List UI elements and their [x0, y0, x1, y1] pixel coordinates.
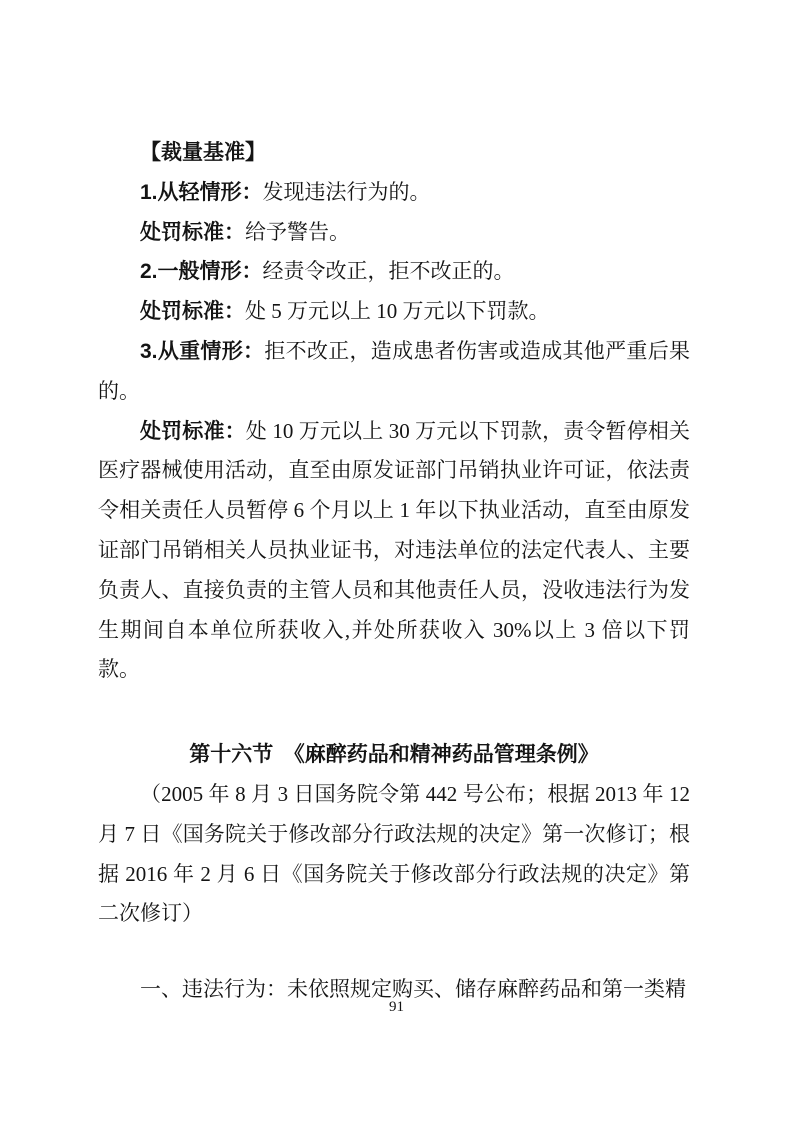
page-number: 91: [0, 997, 793, 1017]
clause-general: 2.一般情形：经责令改正，拒不改正的。: [98, 252, 690, 292]
discretion-basis-heading: 【裁量基准】: [98, 133, 690, 173]
penalty-standard-2-label: 处罚标准：: [140, 300, 245, 323]
clause-severe: 3.从重情形：拒不改正，造成患者伤害或造成其他严重后果的。: [98, 332, 690, 412]
penalty-standard-1-text: 给予警告。: [245, 220, 350, 244]
penalty-standard-1-label: 处罚标准：: [140, 221, 245, 244]
penalty-standard-3-text: 处 10 万元以上 30 万元以下罚款，责令暂停相关医疗器械使用活动，直至由原发…: [98, 419, 690, 682]
discretion-basis-heading-text: 【裁量基准】: [140, 141, 266, 164]
clause-general-label: 2.一般情形：: [140, 260, 263, 283]
clause-lenient-label: 1.从轻情形：: [140, 181, 263, 204]
clause-severe-label: 3.从重情形：: [140, 340, 264, 363]
document-page: 【裁量基准】 1.从轻情形：发现违法行为的。 处罚标准：给予警告。 2.一般情形…: [0, 0, 793, 1122]
page-content: 【裁量基准】 1.从轻情形：发现违法行为的。 处罚标准：给予警告。 2.一般情形…: [98, 133, 690, 1010]
penalty-standard-2-text: 处 5 万元以上 10 万元以下罚款。: [245, 299, 550, 323]
clause-general-text: 经责令改正，拒不改正的。: [263, 259, 515, 283]
penalty-standard-1: 处罚标准：给予警告。: [98, 213, 690, 253]
clause-lenient: 1.从轻情形：发现违法行为的。: [98, 173, 690, 213]
penalty-standard-2: 处罚标准：处 5 万元以上 10 万元以下罚款。: [98, 292, 690, 332]
penalty-standard-3: 处罚标准：处 10 万元以上 30 万元以下罚款，责令暂停相关医疗器械使用活动，…: [98, 412, 690, 691]
clause-lenient-text: 发现违法行为的。: [263, 180, 431, 204]
penalty-standard-3-label: 处罚标准：: [140, 420, 246, 443]
section-16-heading: 第十六节 《麻醉药品和精神药品管理条例》: [98, 735, 690, 775]
promulgation-note: （2005 年 8 月 3 日国务院令第 442 号公布；根据 2013 年 1…: [98, 775, 690, 934]
